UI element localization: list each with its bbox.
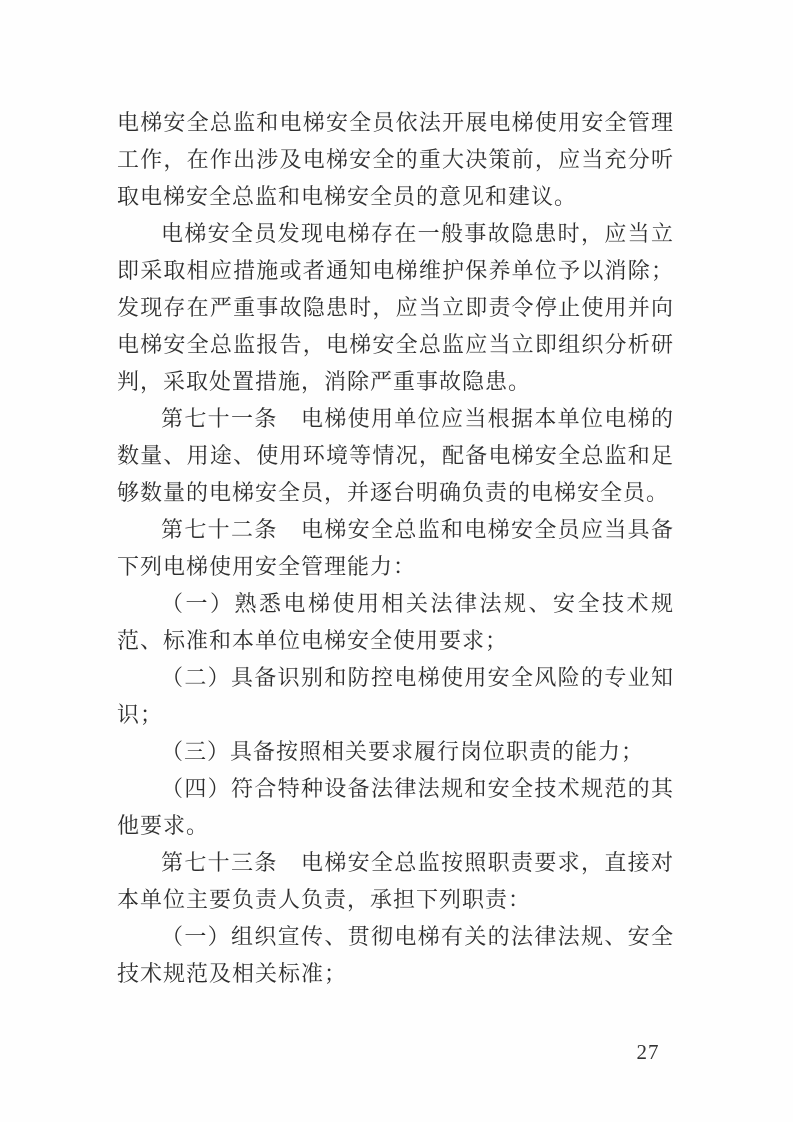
paragraph: 电梯安全总监和电梯安全员依法开展电梯使用安全管理工作，在作出涉及电梯安全的重大决…	[117, 104, 674, 215]
paragraph: （一）组织宣传、贯彻电梯有关的法律法规、安全技术规范及相关标准；	[117, 918, 674, 992]
page-number: 27	[628, 1038, 668, 1066]
paragraph: （三）具备按照相关要求履行岗位职责的能力；	[117, 733, 674, 770]
paragraph: （一）熟悉电梯使用相关法律法规、安全技术规范、标准和本单位电梯安全使用要求；	[117, 585, 674, 659]
paragraph: 第七十一条 电梯使用单位应当根据本单位电梯的数量、用途、使用环境等情况，配备电梯…	[117, 400, 674, 511]
paragraph: 电梯安全员发现电梯存在一般事故隐患时，应当立即采取相应措施或者通知电梯维护保养单…	[117, 215, 674, 400]
paragraph: 第七十三条 电梯安全总监按照职责要求，直接对本单位主要负责人负责，承担下列职责：	[117, 844, 674, 918]
document-page: 电梯安全总监和电梯安全员依法开展电梯使用安全管理工作，在作出涉及电梯安全的重大决…	[0, 0, 793, 1122]
paragraph: （二）具备识别和防控电梯使用安全风险的专业知识；	[117, 659, 674, 733]
paragraph: 第七十二条 电梯安全总监和电梯安全员应当具备下列电梯使用安全管理能力：	[117, 511, 674, 585]
document-body: 电梯安全总监和电梯安全员依法开展电梯使用安全管理工作，在作出涉及电梯安全的重大决…	[117, 104, 674, 992]
paragraph: （四）符合特种设备法律法规和安全技术规范的其他要求。	[117, 770, 674, 844]
